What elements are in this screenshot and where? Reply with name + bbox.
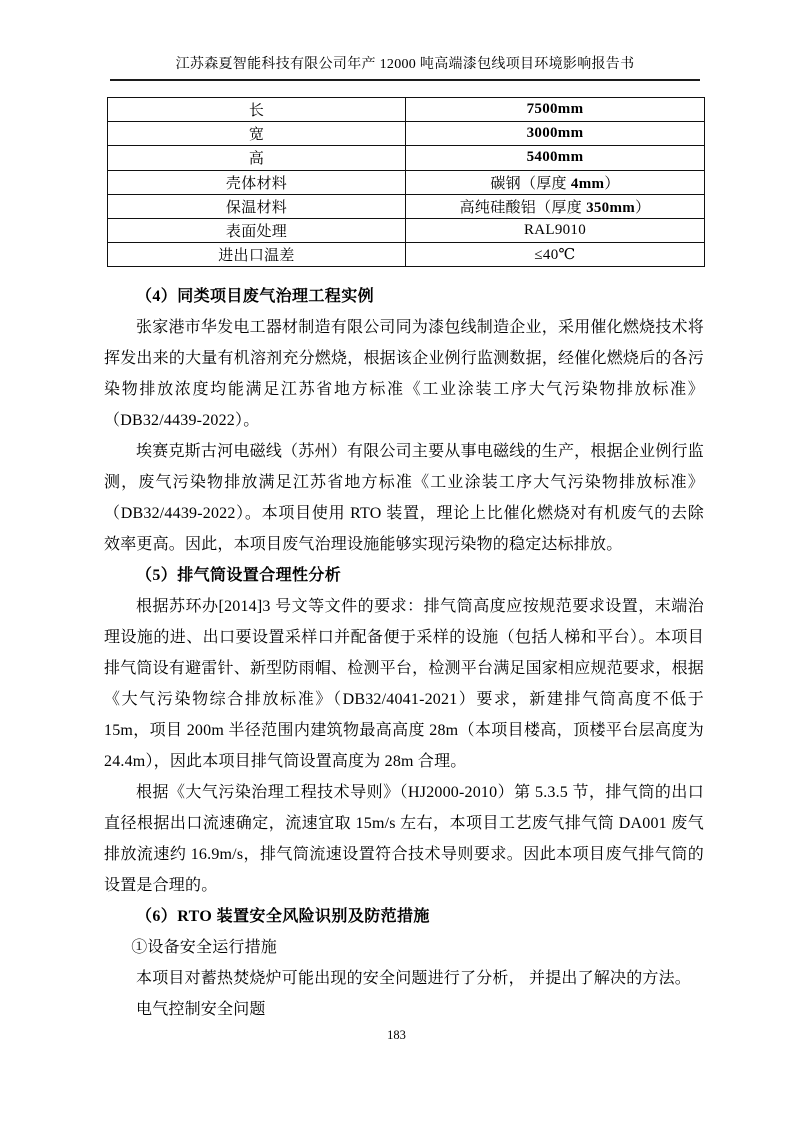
section-heading-6: （6）RTO 装置安全风险识别及防范措施 xyxy=(104,901,704,932)
value-bold: 4mm xyxy=(571,176,604,192)
table-cell-value: 高纯硅酸铝（厚度 350mm） xyxy=(406,194,705,218)
value-prefix: 碳钢（厚度 xyxy=(490,176,571,192)
table-row: 进出口温差 ≤40℃ xyxy=(108,243,705,267)
table-row: 宽 3000mm xyxy=(108,122,705,146)
document-body: （4）同类项目废气治理工程实例 张家港市华发电工器材制造有限公司同为漆包线制造企… xyxy=(104,281,704,1025)
paragraph-case-essex: 埃赛克斯古河电磁线（苏州）有限公司主要从事电磁线的生产，根据企业例行监测，废气污… xyxy=(104,436,704,560)
table-cell-label: 进出口温差 xyxy=(108,243,406,267)
value-bold: 3000mm xyxy=(527,125,584,141)
table-cell-label: 壳体材料 xyxy=(108,170,406,194)
table-row: 壳体材料 碳钢（厚度 4mm） xyxy=(108,170,705,194)
table-cell-value: 碳钢（厚度 4mm） xyxy=(406,170,705,194)
rto-spec-table: 长 7500mm 宽 3000mm 高 5400mm 壳体材料 碳钢（厚度 4m… xyxy=(107,97,705,267)
table-cell-value: 5400mm xyxy=(406,146,705,170)
value-suffix: ） xyxy=(604,176,619,192)
value-bold: 7500mm xyxy=(527,101,584,117)
value-bold: 5400mm xyxy=(527,149,584,165)
table-row: 表面处理 RAL9010 xyxy=(108,218,705,242)
table-cell-value: RAL9010 xyxy=(406,218,705,242)
paragraph-case-huafa: 张家港市华发电工器材制造有限公司同为漆包线制造企业，采用催化燃烧技术将挥发出来的… xyxy=(104,312,704,436)
value-prefix: 高纯硅酸铝（厚度 xyxy=(460,200,586,216)
table-cell-value: ≤40℃ xyxy=(406,243,705,267)
value-prefix: RAL9010 xyxy=(524,222,586,238)
running-header-title: 江苏森夏智能科技有限公司年产 12000 吨高端漆包线项目环境影响报告书 xyxy=(110,56,700,81)
table-row: 保温材料 高纯硅酸铝（厚度 350mm） xyxy=(108,194,705,218)
value-suffix: ） xyxy=(635,200,650,216)
section-heading-4: （4）同类项目废气治理工程实例 xyxy=(104,281,704,312)
paragraph-stack-velocity: 根据《大气污染治理工程技术导则》（HJ2000-2010）第 5.3.5 节，排… xyxy=(104,777,704,901)
table-cell-label: 高 xyxy=(108,146,406,170)
table-cell-value: 7500mm xyxy=(406,98,705,122)
table-cell-label: 长 xyxy=(108,98,406,122)
table-cell-label: 表面处理 xyxy=(108,218,406,242)
paragraph-stack-height: 根据苏环办[2014]3 号文等文件的要求：排气筒高度应按规范要求设置，末端治理… xyxy=(104,591,704,777)
page-number: 183 xyxy=(0,1028,793,1043)
table-row: 长 7500mm xyxy=(108,98,705,122)
value-prefix: ≤40℃ xyxy=(534,247,575,263)
table-cell-label: 保温材料 xyxy=(108,194,406,218)
value-bold: 350mm xyxy=(586,200,635,216)
line-electrical-safety: 电气控制安全问题 xyxy=(104,994,704,1025)
line-equipment-safety: ①设备安全运行措施 xyxy=(104,932,704,963)
line-safety-analysis: 本项目对蓄热焚烧炉可能出现的安全问题进行了分析， 并提出了解决的方法。 xyxy=(104,963,704,994)
table-row: 高 5400mm xyxy=(108,146,705,170)
section-heading-5: （5）排气筒设置合理性分析 xyxy=(104,560,704,591)
table-cell-label: 宽 xyxy=(108,122,406,146)
table-cell-value: 3000mm xyxy=(406,122,705,146)
document-page: 江苏森夏智能科技有限公司年产 12000 吨高端漆包线项目环境影响报告书 长 7… xyxy=(0,0,793,1122)
